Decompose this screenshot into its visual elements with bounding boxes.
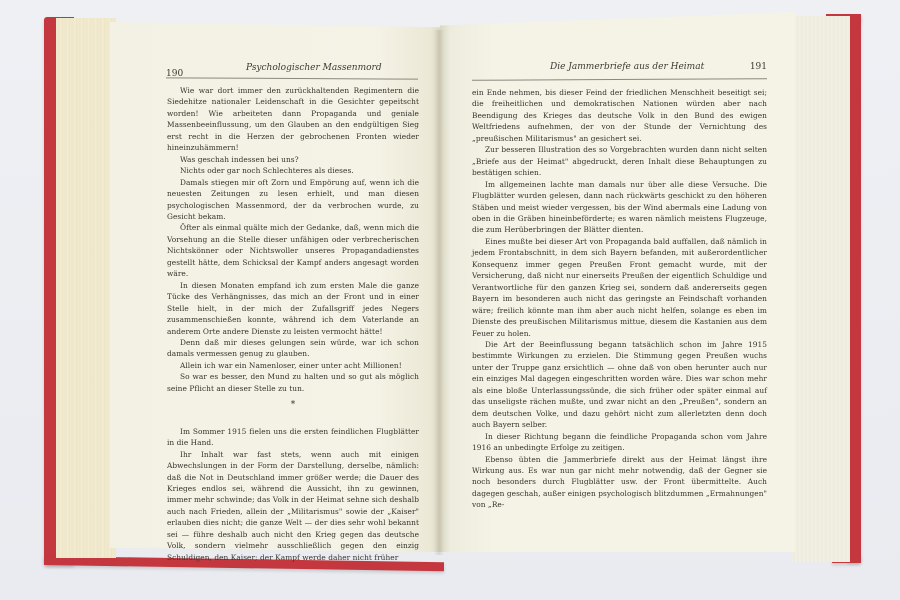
paragraph: Wie war dort immer den zurückhaltenden R…	[167, 85, 419, 154]
paragraph: Zur besseren Illustration des so Vorgebr…	[472, 144, 767, 178]
paragraph: Damals stiegen mir oft Zorn und Empörung…	[167, 177, 419, 223]
paragraph: Nichts oder gar noch Schlechteres als di…	[167, 165, 419, 176]
paragraph: ein Ende nehmen, bis dieser Feind der fr…	[472, 87, 767, 144]
paragraph: Allein ich war ein Namenloser, einer unt…	[167, 360, 419, 371]
left-page-body: Wie war dort immer den zurückhaltenden R…	[167, 85, 419, 563]
right-page-body: ein Ende nehmen, bis dieser Feind der fr…	[472, 87, 767, 511]
paragraph: Im allgemeinen lachte man damals nur übe…	[472, 179, 767, 236]
paragraph: Die Art der Beeinflussung begann tatsäch…	[472, 339, 767, 431]
page-block-left	[56, 18, 116, 558]
paragraph: Was geschah indessen bei uns?	[167, 154, 419, 165]
paragraph: Eines mußte bei dieser Art von Propagand…	[472, 236, 767, 339]
paragraph: So war es besser, den Mund zu halten und…	[167, 371, 419, 394]
paragraph: In dieser Richtung begann die feindliche…	[472, 431, 767, 454]
page-number: 191	[750, 62, 767, 72]
running-title: Die Jammerbriefe aus der Heimat	[550, 62, 704, 72]
paragraph: Öfter als einmal quälte mich der Gedanke…	[167, 222, 419, 279]
book-gutter	[434, 30, 444, 555]
paragraph: Im Sommer 1915 fielen uns die ersten fei…	[167, 426, 419, 449]
paragraph: Ihr Inhalt war fast stets, wenn auch mit…	[167, 449, 419, 564]
page-block-right	[792, 16, 850, 562]
section-separator: *	[167, 400, 419, 411]
running-title: Psychologischer Massenmord	[246, 63, 382, 73]
paragraph: Ebenso übten die Jammerbriefe direkt aus…	[472, 454, 767, 511]
paragraph: In diesen Monaten empfand ich zum ersten…	[167, 280, 419, 337]
paragraph: Denn daß mir dieses gelungen sein würde,…	[167, 337, 419, 360]
